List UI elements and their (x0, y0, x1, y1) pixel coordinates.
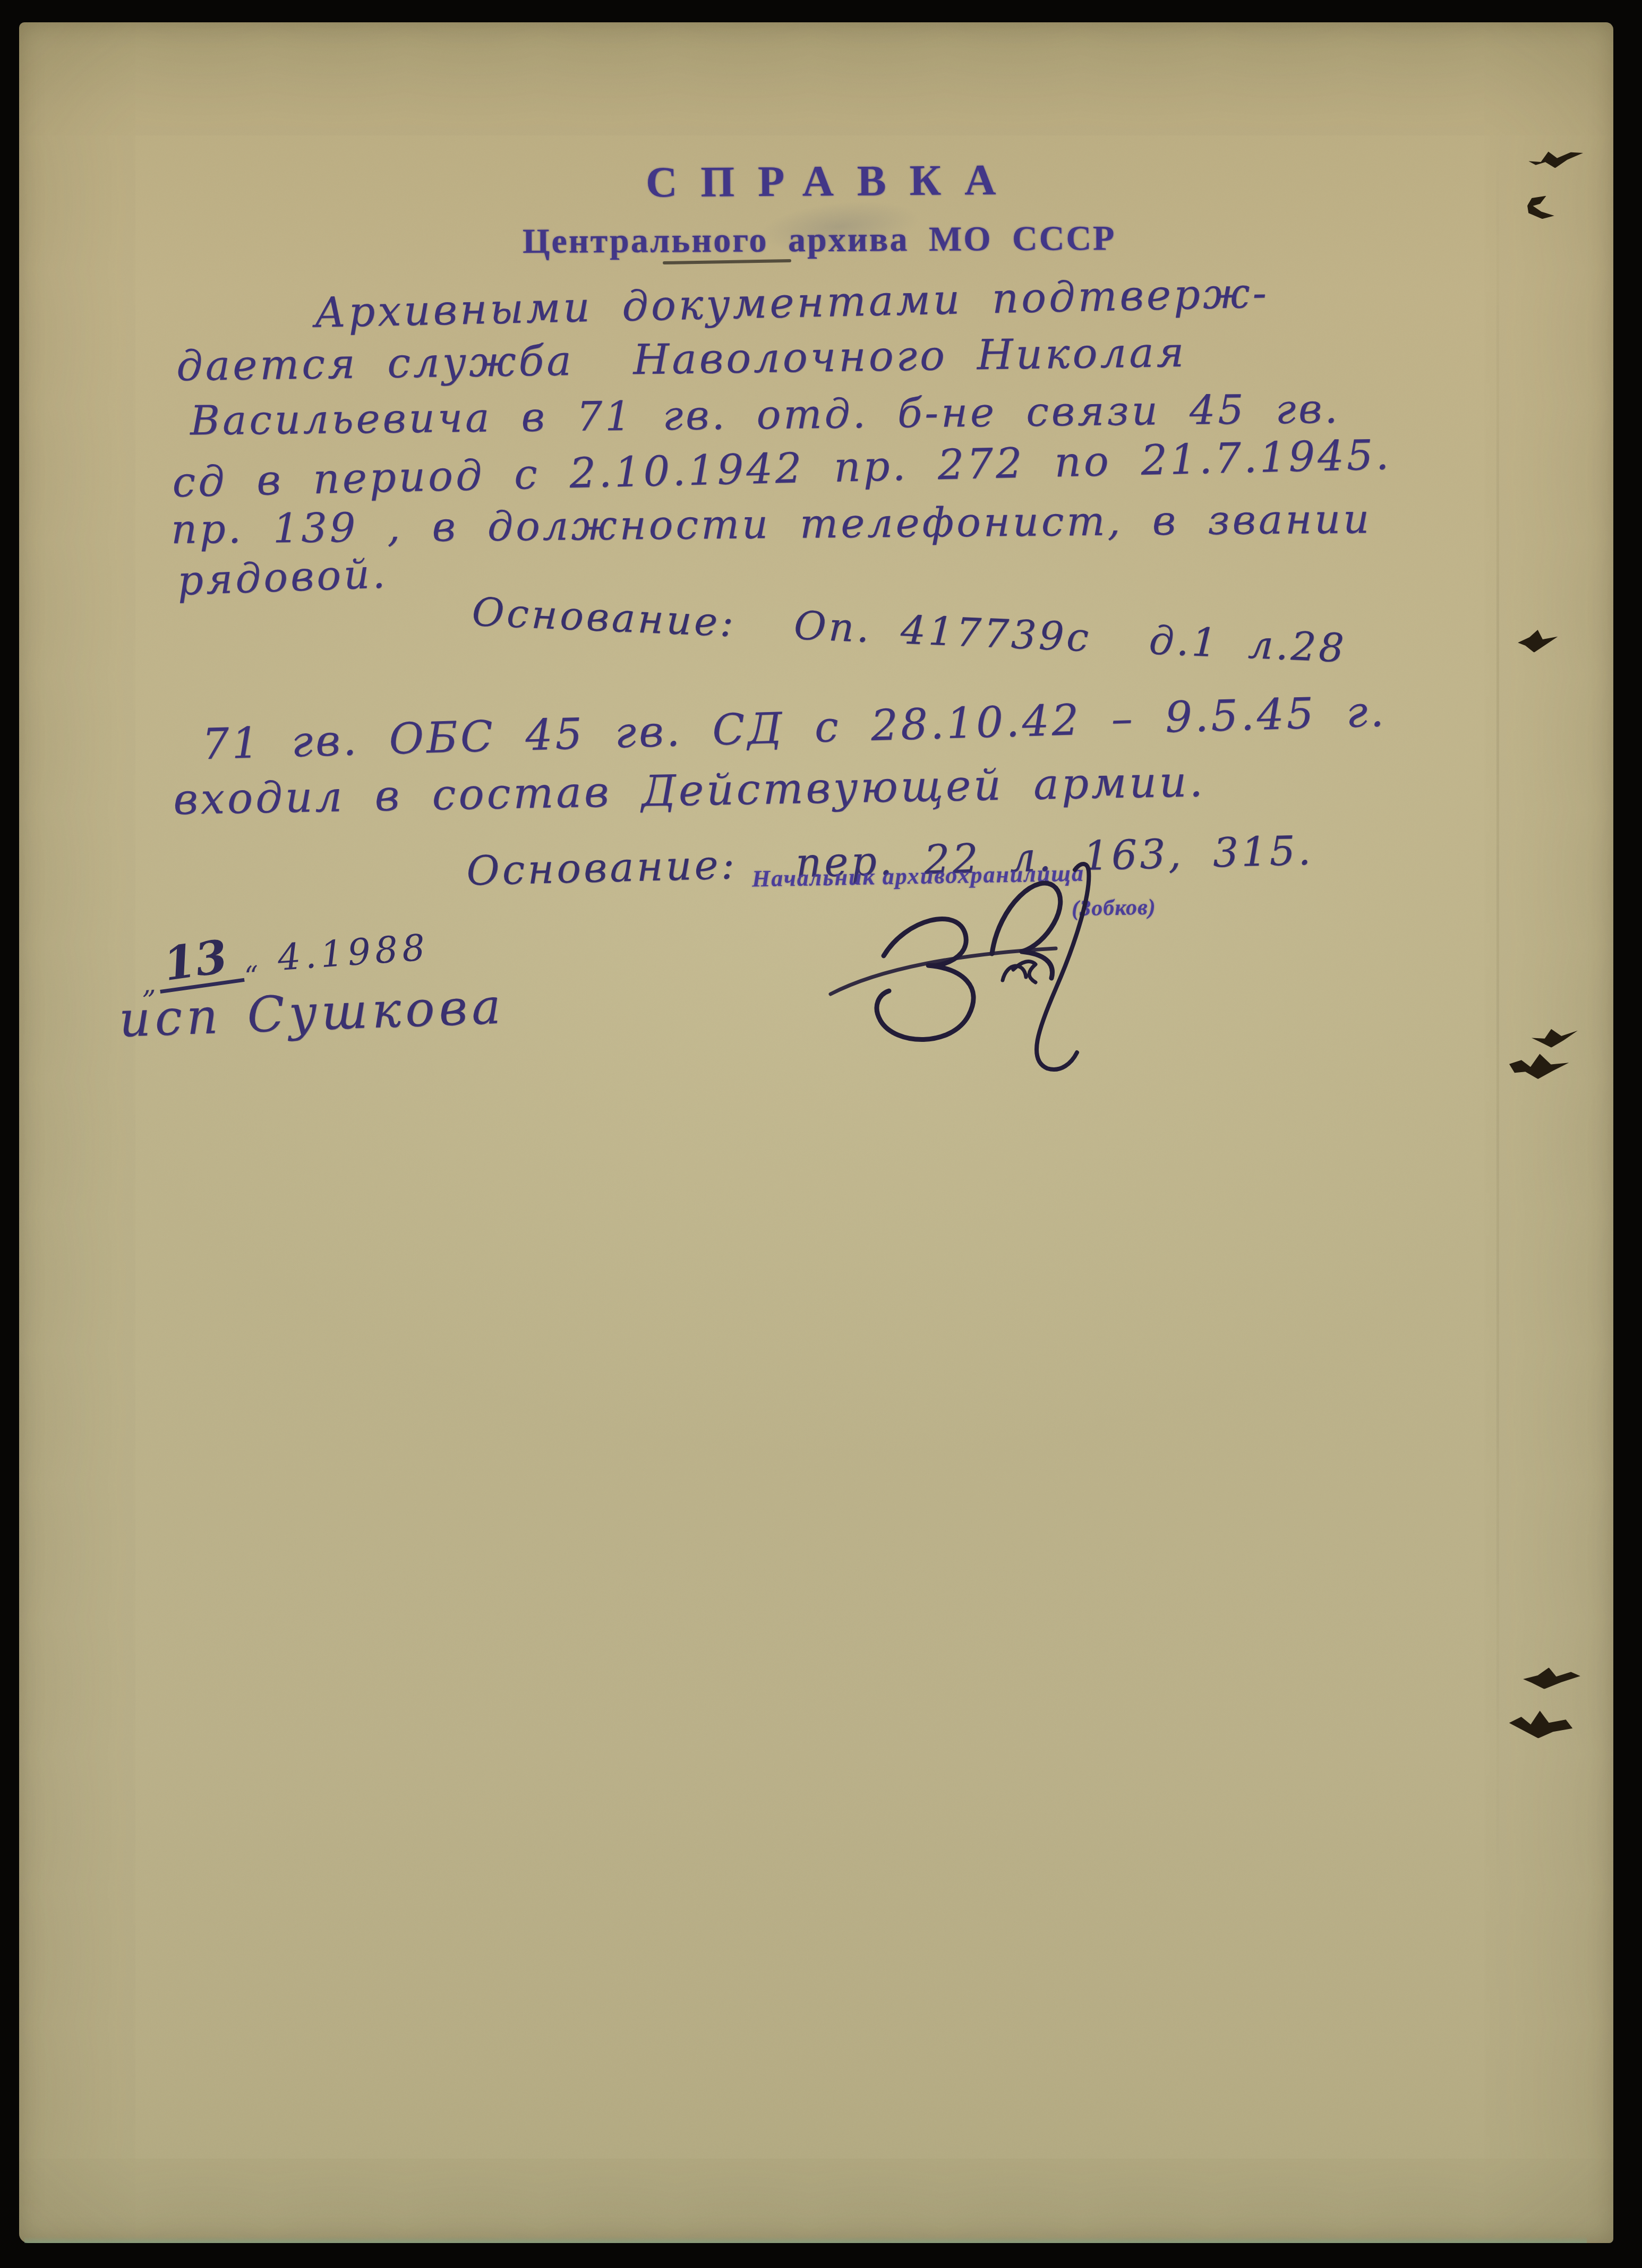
handwritten-line: входил в состав Действующей армии. (173, 757, 1205, 824)
paper-sheet: СПРАВКА Центрального архива МО СССР Архи… (19, 22, 1613, 2243)
handwritten-line: пр. 139 , в должности телефонист, в зван… (171, 495, 1372, 553)
signature-flourish (816, 855, 1145, 1110)
scanned-certificate-page: СПРАВКА Центрального архива МО СССР Архи… (0, 0, 1642, 2268)
handwritten-line: рядовой. (177, 550, 389, 604)
date-month-year: 4.1988 (276, 927, 431, 979)
document-subtitle: Центрального архива МО СССР (523, 218, 1116, 262)
date-day: 13 (153, 932, 244, 994)
paper-crease (1496, 118, 1499, 1923)
handwritten-line: 71 гв. ОБС 45 гв. СД с 28.10.42 – 9.5.45… (201, 687, 1387, 769)
document-title: СПРАВКА (646, 155, 1020, 208)
handwritten-line: Васильевича в 71 гв. отд. б-не связи 45 … (190, 385, 1340, 444)
handwritten-line: сд в период с 2.10.1942 пр. 272 по 21.7.… (172, 431, 1392, 507)
handwritten-line: дается служба Наволочного Николая (176, 329, 1186, 391)
scan-edge-fringe (24, 2237, 1587, 2243)
handwritten-line: Архивными документами подтверж- (314, 269, 1269, 337)
handwritten-basis-line: Основание: Оп. 417739с д.1 л.28 (471, 589, 1347, 672)
